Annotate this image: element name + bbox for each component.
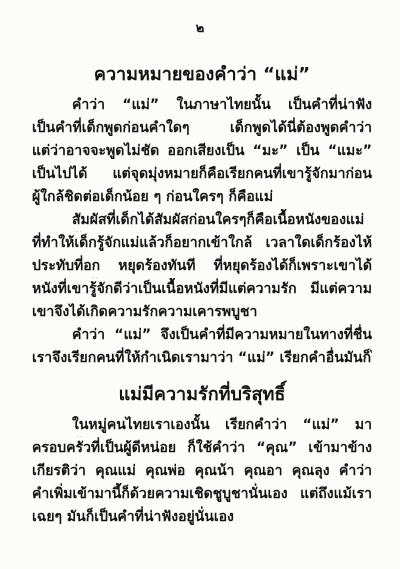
text-line: เกียรติว่า คุณแม่ คุณพ่อ คุณน้า คุณอา คุ… [32,460,372,483]
text-line: คำว่า “แม่” ในภาษาไทยนั้น เป็นคำที่น่าฟั… [32,94,372,117]
section-heading-pure-love: แม่มีความรักที่บริสุทธิ์ [32,382,372,408]
section-heading-meaning-of-mae: ความหมายของคำว่า “แม่” [32,62,372,88]
page-number: ๒ [0,20,400,38]
section-1-body: คำว่า “แม่” ในภาษาไทยนั้น เป็นคำที่น่าฟั… [32,94,372,370]
text-line: คำเพิ่มเข้ามานี้ก็ด้วยความเชิดชูบูชานั่น… [32,483,372,506]
scanned-book-page: ๒ ความหมายของคำว่า “แม่” คำว่า “แม่” ในภ… [0,0,400,569]
text-line: ครอบครัวที่เป็นผู้ดีหน่อย ก็ใช้คำว่า “คุ… [32,437,372,460]
text-line: แต่ว่าอาจจะพูดไม่ชัด ออกเสียงเป็น “มะ” เ… [32,140,372,163]
text-line: เป็นคำที่เด็กพูดก่อนคำใดๆ เด็กพูดได้นี่ต… [32,117,372,140]
text-line: หนังที่เขารู้จักดีว่าเป็นเนื้อหนังที่มีแ… [32,278,372,301]
text-line: ประทับที่อก หยุดร้องทันที ที่หยุดร้องได้… [32,255,372,278]
text-line: เขาจึงได้เกิดความรักความเคารพบูชา [32,301,372,324]
text-line: ที่ทำให้เด็กรู้จักแม่แล้วก็อยากเข้าใกล้ … [32,232,372,255]
section-2-body: ในหมู่คนไทยเราเองนั้น เรียกคำว่า “แม่” ม… [32,414,372,529]
text-line: เฉยๆ มันก็เป็นคำที่น่าฟังอยู่นั่นเอง [32,506,372,529]
text-line: คำว่า “แม่” จึงเป็นคำที่มีความหมายในทางท… [32,324,372,347]
text-line: ในหมู่คนไทยเราเองนั้น เรียกคำว่า “แม่” ม… [32,414,372,437]
text-line: เป็นไปได้ แต่จุดมุ่งหมายก็คือเรียกคนที่เ… [32,163,372,186]
text-line: เราจึงเรียกคนที่ให้กำเนิดเรามาว่า “แม่” … [32,347,372,370]
text-line: ผู้ใกล้ชิดต่อเด็กน้อย ๆ ก่อนใครๆ ก็คือแม… [32,186,372,209]
text-line: สัมผัสที่เด็กได้สัมผัสก่อนใครๆก็คือเนื้อ… [32,209,372,232]
